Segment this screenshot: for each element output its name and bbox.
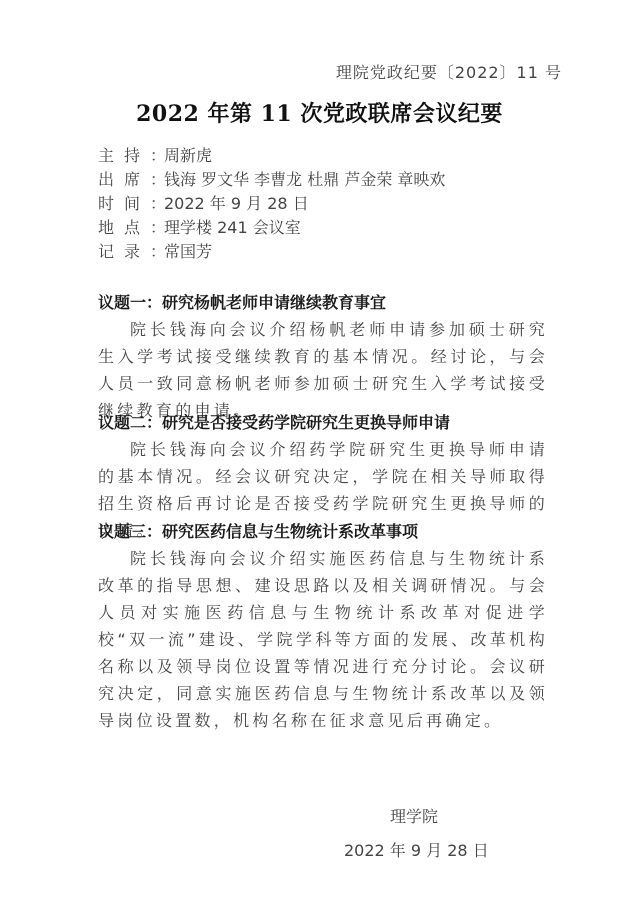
- meta-value-time: 2022 年 9 月 28 日: [164, 194, 309, 213]
- topic-1: 议题一：研究杨帆老师申请继续教育事宜 院长钱海向会议介绍杨帆老师申请参加硕士研究…: [98, 290, 548, 424]
- meta-label-char: 持: [124, 146, 140, 165]
- meta-label-char: 出: [98, 168, 124, 192]
- meta-row-time: 时间：2022 年 9 月 28 日: [98, 192, 445, 216]
- document-title: 2022 年第 11 次党政联席会议纪要: [0, 97, 639, 128]
- meta-row-host: 主持：周新虎: [98, 144, 445, 168]
- meta-value-recorder: 常国芳: [164, 242, 212, 261]
- meta-colon: ：: [150, 144, 164, 168]
- meta-label-char: 录: [124, 242, 140, 261]
- meeting-info: 主持：周新虎 出席：钱海 罗文华 李曹龙 杜鼎 芦金荣 章映欢 时间：2022 …: [98, 144, 445, 264]
- meta-colon: ：: [150, 240, 164, 264]
- meta-row-attendees: 出席：钱海 罗文华 李曹龙 杜鼎 芦金荣 章映欢: [98, 168, 445, 192]
- meta-label-char: 席: [124, 170, 140, 189]
- topic-body: 院长钱海向会议介绍实施医药信息与生物统计系改革的指导思想、建设思路以及相关调研情…: [98, 545, 548, 734]
- meta-label-char: 间: [124, 194, 140, 213]
- meta-label-char: 记: [98, 240, 124, 264]
- meta-value-host: 周新虎: [164, 146, 212, 165]
- meta-colon: ：: [150, 216, 164, 240]
- document-number: 理院党政纪要〔2022〕11 号: [336, 60, 562, 83]
- signature-org: 理学院: [390, 804, 438, 827]
- meta-label-char: 点: [124, 218, 140, 237]
- signature-date: 2022 年 9 月 28 日: [344, 838, 489, 861]
- meta-row-location: 地点：理学楼 241 会议室: [98, 216, 445, 240]
- document-page: 理院党政纪要〔2022〕11 号 2022 年第 11 次党政联席会议纪要 主持…: [0, 0, 639, 921]
- meta-colon: ：: [150, 168, 164, 192]
- topic-title: 议题三：研究医药信息与生物统计系改革事项: [98, 519, 548, 545]
- topic-3: 议题三：研究医药信息与生物统计系改革事项 院长钱海向会议介绍实施医药信息与生物统…: [98, 519, 548, 734]
- meta-label-char: 时: [98, 192, 124, 216]
- meta-value-location: 理学楼 241 会议室: [164, 218, 301, 237]
- meta-row-recorder: 记录：常国芳: [98, 240, 445, 264]
- meta-label-char: 主: [98, 144, 124, 168]
- meta-colon: ：: [150, 192, 164, 216]
- topic-title: 议题一：研究杨帆老师申请继续教育事宜: [98, 290, 548, 316]
- topic-body: 院长钱海向会议介绍杨帆老师申请参加硕士研究生入学考试接受继续教育的基本情况。经讨…: [98, 316, 548, 424]
- meta-label-char: 地: [98, 216, 124, 240]
- topic-title: 议题二：研究是否接受药学院研究生更换导师申请: [98, 410, 548, 436]
- meta-value-attendees: 钱海 罗文华 李曹龙 杜鼎 芦金荣 章映欢: [164, 170, 445, 189]
